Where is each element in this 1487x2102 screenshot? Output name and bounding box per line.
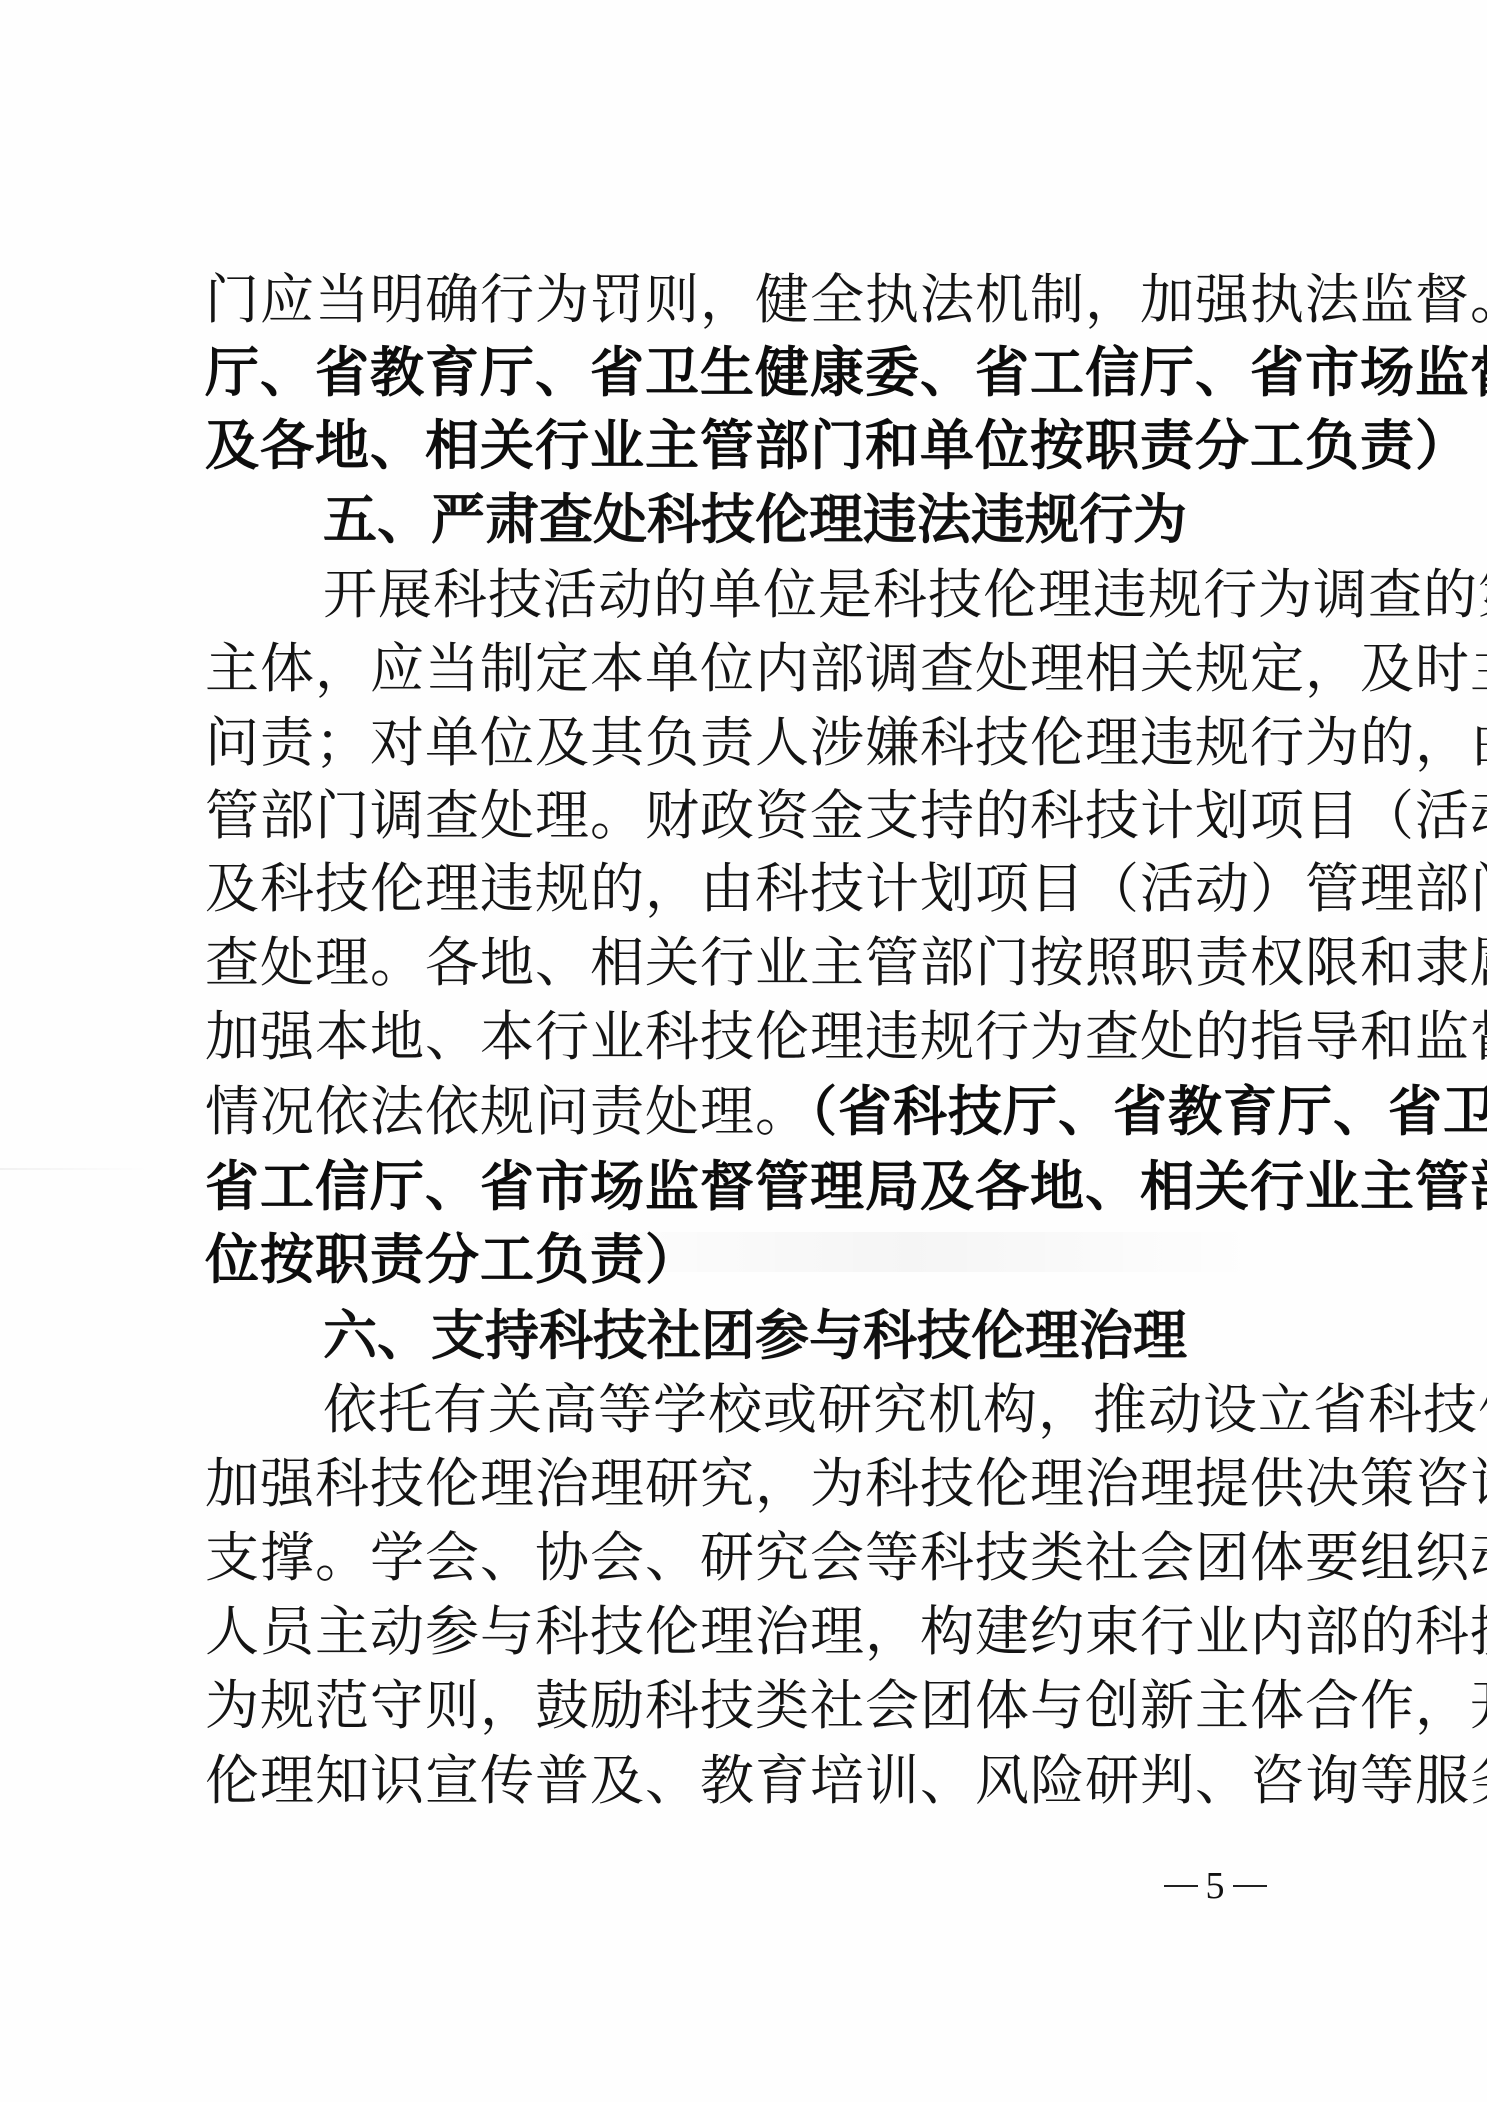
scan-artifact	[0, 1168, 150, 1170]
page-number-dash-left	[1164, 1885, 1198, 1887]
paragraph-line: 问责；对单位及其负责人涉嫌科技伦理违规行为的，由上级主	[205, 706, 1277, 780]
body-text: 门应当明确行为罚则，健全执法机制，加强执法监督。	[205, 268, 1487, 331]
document-page: 门应当明确行为罚则，健全执法机制，加强执法监督。（省科技 厅、省教育厅、省卫生健…	[0, 0, 1487, 2102]
text-column: 门应当明确行为罚则，健全执法机制，加强执法监督。（省科技 厅、省教育厅、省卫生健…	[205, 0, 1277, 2102]
paragraph-line: 加强本地、本行业科技伦理违规行为查处的指导和监督，区分	[205, 1000, 1277, 1074]
paragraph-line: 人员主动参与科技伦理治理，构建约束行业内部的科技伦理行	[205, 1595, 1277, 1669]
paragraph-line: 支撑。学会、协会、研究会等科技类社会团体要组织动员科技	[205, 1521, 1277, 1595]
section-heading-6: 六、支持科技社团参与科技伦理治理	[323, 1299, 1187, 1373]
paragraph-line: 及科技伦理违规的，由科技计划项目（活动）管理部门组织调	[205, 852, 1277, 926]
paragraph-line: 管部门调查处理。财政资金支持的科技计划项目（活动）中涉	[205, 779, 1277, 853]
page-number-value: 5	[1206, 1864, 1225, 1908]
responsible-agencies-line: 位按职责分工负责）	[205, 1223, 1277, 1297]
paragraph-line: 为规范守则，鼓励科技类社会团体与创新主体合作，开展科技	[205, 1669, 1277, 1743]
responsible-agencies-line: 及各地、相关行业主管部门和单位按职责分工负责）	[205, 409, 1277, 483]
body-text: 情况依法依规问责处理。	[205, 1080, 810, 1143]
responsible-agencies-text: （省科技厅、省教育厅、省卫生健康委、	[810, 1080, 1487, 1143]
paragraph-line: 依托有关高等学校或研究机构，推动设立省科技伦理学会，	[323, 1373, 1277, 1447]
section-heading-5: 五、严肃查处科技伦理违法违规行为	[323, 483, 1187, 557]
page-number: 5	[1150, 1858, 1280, 1914]
paragraph-line: 主体，应当制定本单位内部调查处理相关规定，及时主动查处	[205, 632, 1277, 706]
responsible-agencies-line: 省工信厅、省市场监督管理局及各地、相关行业主管部门和单	[205, 1150, 1277, 1224]
paragraph-line: 开展科技活动的单位是科技伦理违规行为调查的第一责任	[323, 558, 1277, 632]
paragraph-line: 情况依法依规问责处理。（省科技厅、省教育厅、省卫生健康委、	[205, 1075, 1277, 1149]
page-number-dash-right	[1233, 1885, 1267, 1887]
paragraph-line: 门应当明确行为罚则，健全执法机制，加强执法监督。（省科技	[205, 263, 1277, 337]
paragraph-line: 查处理。各地、相关行业主管部门按照职责权限和隶属关系，	[205, 926, 1277, 1000]
body-text: 伦理知识宣传普及、教育培训、风险研判、咨询等服务。	[205, 1749, 1487, 1812]
responsible-agencies-line: 厅、省教育厅、省卫生健康委、省工信厅、省市场监督管理局	[205, 336, 1277, 410]
paragraph-line: 伦理知识宣传普及、教育培训、风险研判、咨询等服务。（省科	[205, 1744, 1277, 1818]
paragraph-line: 加强科技伦理治理研究，为科技伦理治理提供决策咨询和智力	[205, 1447, 1277, 1521]
